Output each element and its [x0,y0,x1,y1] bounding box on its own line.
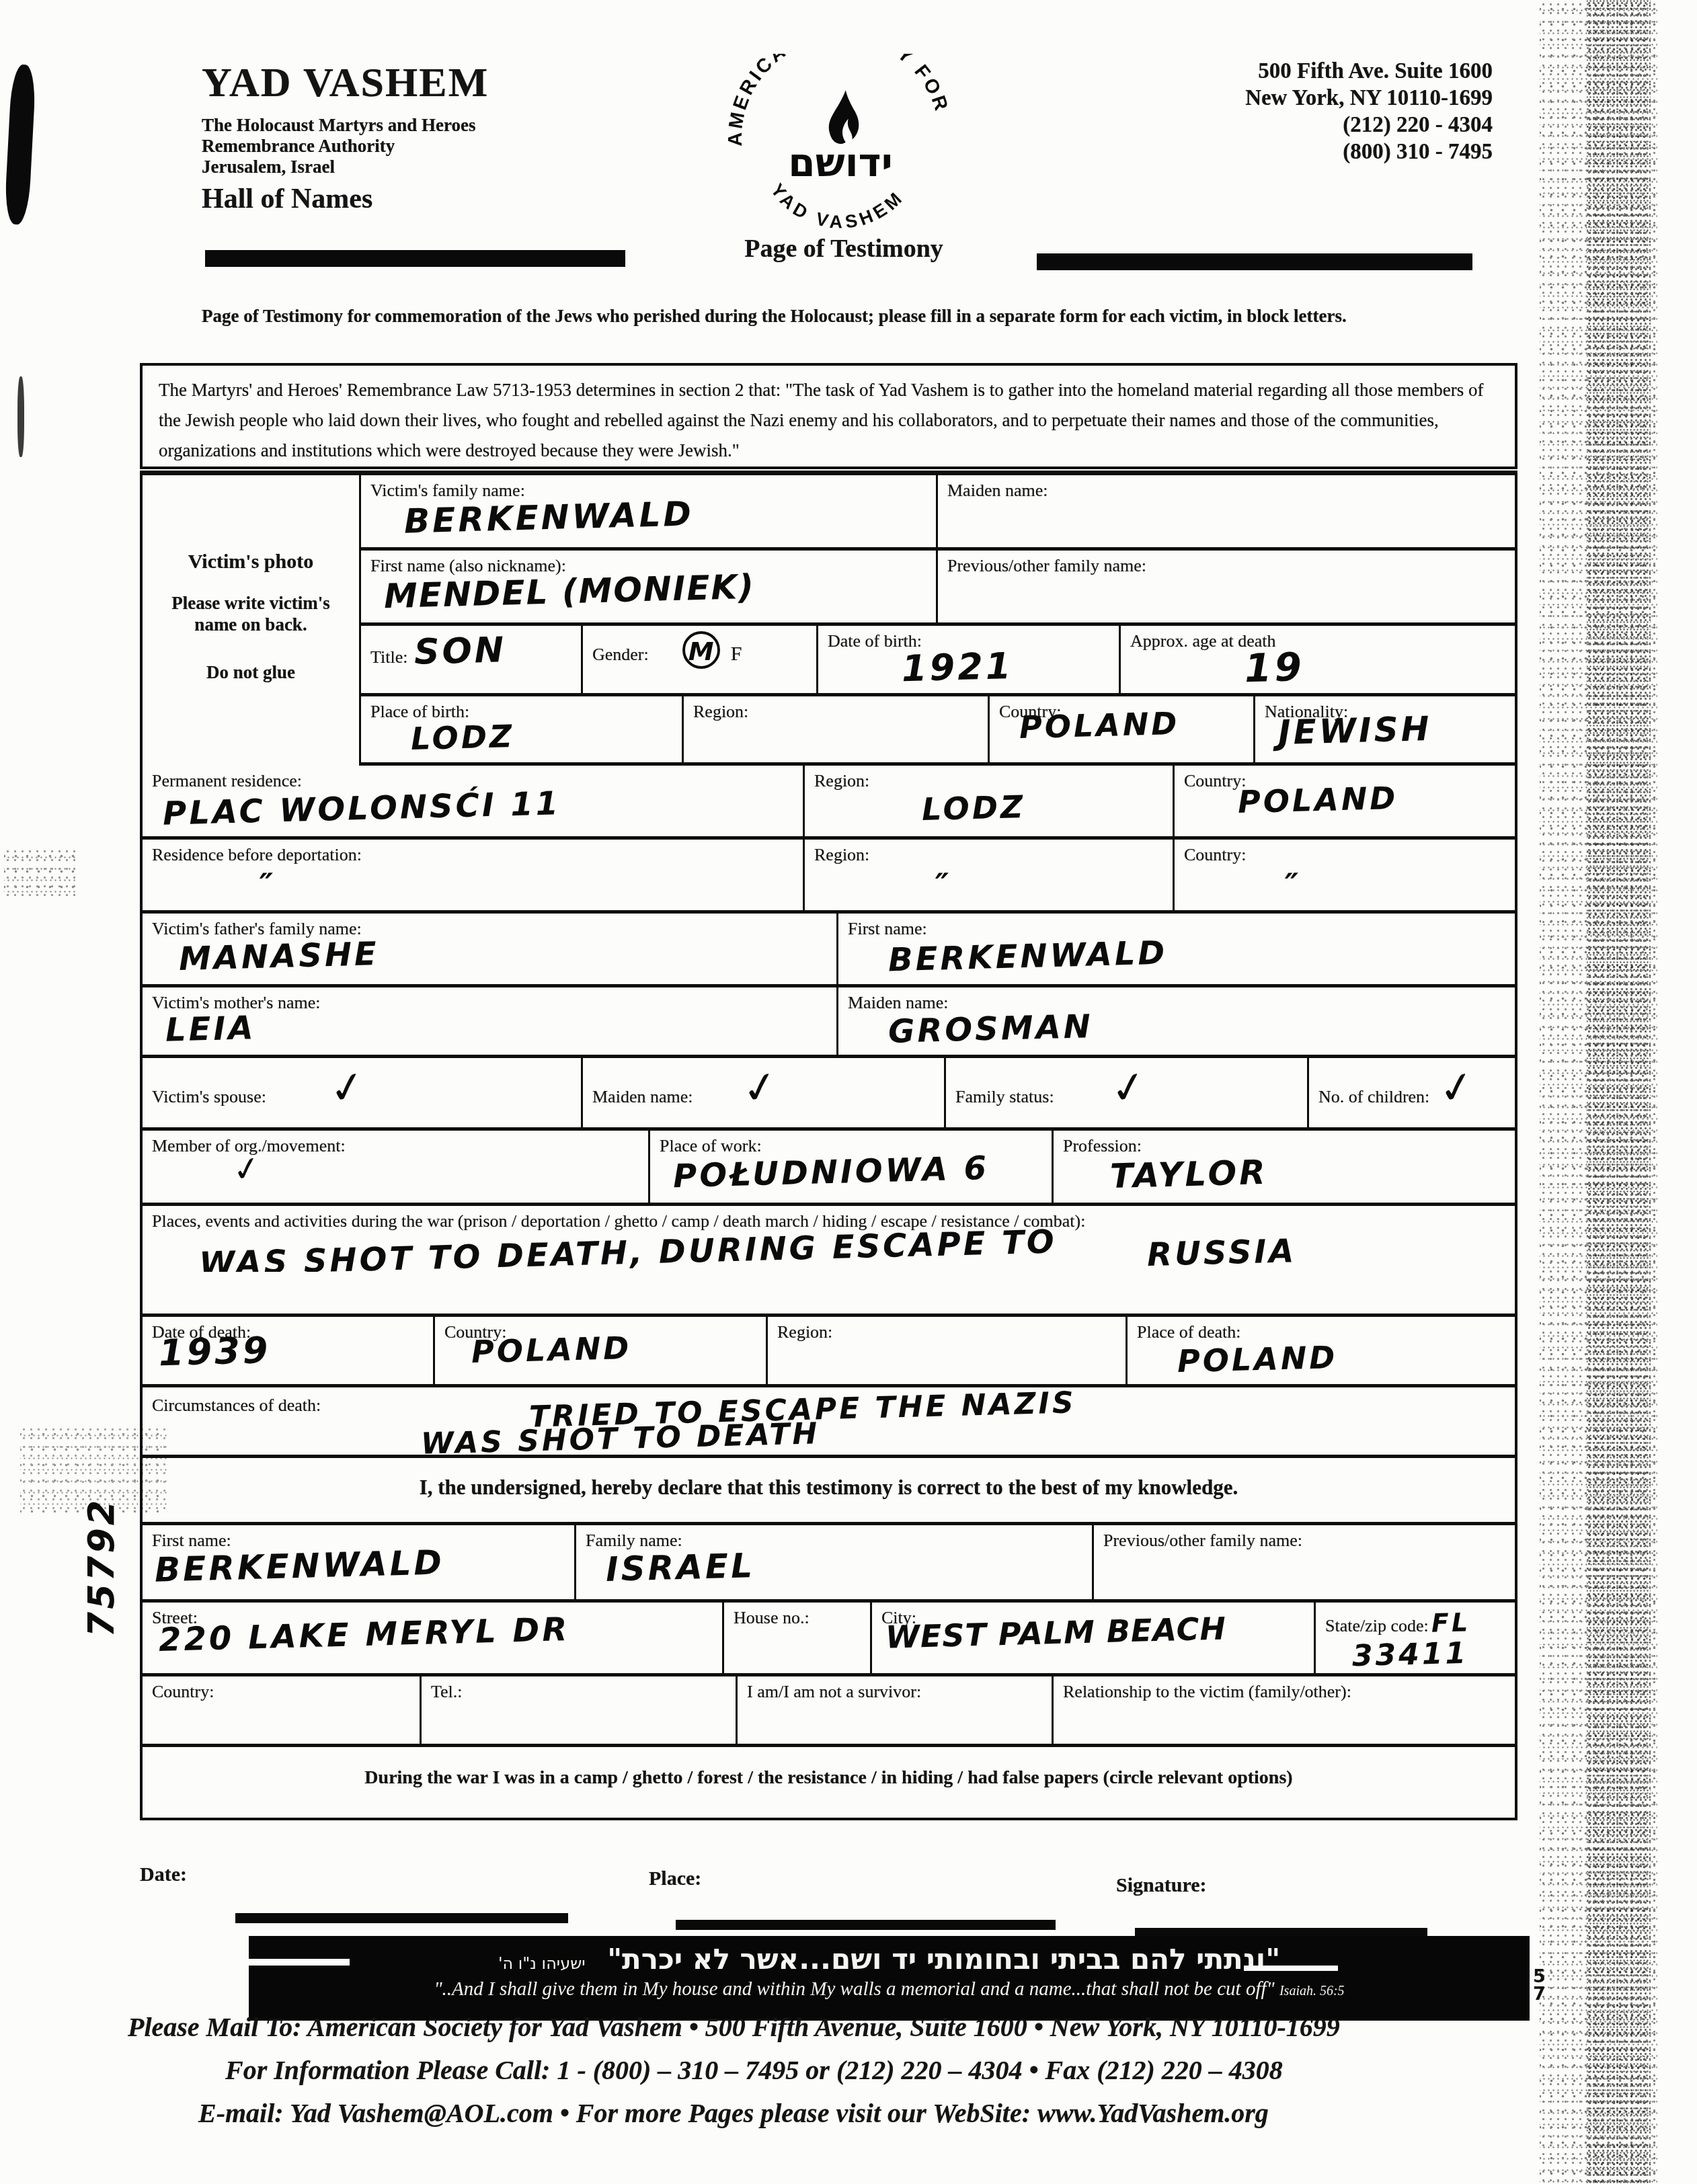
field-perm-country: Country: POLAND [1173,766,1515,836]
family-status-label: Family status: [955,1087,1054,1106]
row-declaration: I, the undersigned, hereby declare that … [143,1458,1515,1525]
field-father-family-name: Victim's father's family name: MANASHE [143,914,836,984]
birth-region-label: Region: [693,702,981,722]
row-permanent-residence: Permanent residence: PLAC WOLONSĆI 11 Re… [143,766,1515,840]
victim-photo-box: Victim's photo Please write victim's nam… [143,475,361,766]
field-perm-region: Region: LODZ [803,766,1173,836]
num-children-label: No. of children: [1318,1087,1429,1106]
title-label: Title: [370,647,407,667]
banner-scan-dash-1 [249,1959,350,1966]
row-submitter-name: First name: BERKENWALD Family name: ISRA… [143,1525,1515,1603]
member-org-label: Member of org./movement: [152,1136,641,1156]
field-title: Title: SON [361,626,581,693]
field-victim-maiden-name: Maiden name: [936,475,1515,547]
date-label: Date: [140,1863,187,1886]
profession-value: TAYLOR [1109,1153,1268,1196]
row-spouse: Victim's spouse: ✓ Maiden name: ✓ Family… [143,1058,1515,1131]
banner-english-text: "..And I shall give them in My house and… [434,1978,1274,2000]
age-at-death-value: 19 [1244,644,1304,691]
mother-maiden-name-label: Maiden name: [848,993,1508,1013]
scripture-banner: "ונתתי להם בביתי ובחומותי יד ושם...אשר ל… [249,1936,1530,2021]
field-birth-region: Region: [682,696,988,762]
org-title: YAD VASHEM [202,59,672,107]
field-war-events: Places, events and activities during the… [143,1206,1515,1272]
signature-label: Signature: [1116,1874,1206,1897]
address-phone-2: (800) 310 - 7495 [1076,138,1493,165]
field-nationality: Nationality: JEWISH [1253,696,1515,762]
row-death: Date of death: 1939 Country: POLAND Regi… [143,1317,1515,1387]
spouse-maiden-label: Maiden name: [592,1087,693,1106]
header-address-block: 500 Fifth Ave. Suite 1600 New York, NY 1… [1076,58,1493,165]
row-residence-before-deportation: Residence before deportation: ″ Region: … [143,840,1515,914]
mother-maiden-name-value: GROSMAN [887,1008,1093,1051]
field-date-of-death: Date of death: 1939 [143,1317,433,1384]
family-status-checkmark: ✓ [1107,1061,1151,1116]
gender-female-option: F [731,643,742,665]
field-place-of-death: Place of death: POLAND [1126,1317,1515,1384]
age-at-death-label: Approx. age at death [1130,631,1508,651]
banner-english-source: Isaiah. 56:5 [1279,1984,1345,1998]
father-family-name-value: MANASHE [178,935,379,978]
state-zip-zip-value: 33411 [1351,1636,1468,1673]
victim-family-name-value: BERKENWALD [403,494,694,540]
field-relationship: Relationship to the victim (family/other… [1052,1676,1515,1744]
org-subtitle-1: The Holocaust Martyrs and Heroes [202,115,672,136]
footer-email-line: E-mail: Yad Vashem@AOL.com • For more Pa… [198,2097,1269,2129]
row-circumstances: Circumstances of death: TRIED TO ESCAPE … [143,1387,1515,1458]
field-date-of-birth: Date of birth: 1921 [816,626,1119,693]
field-tel: Tel.: [420,1676,736,1744]
spouse-label: Victim's spouse: [152,1087,266,1106]
declaration-text: I, the undersigned, hereby declare that … [143,1458,1515,1500]
victim-maiden-name-label: Maiden name: [947,481,1508,501]
gender-label: Gender: [592,645,649,664]
circumstances-label: Circumstances of death: [152,1396,321,1416]
state-zip-label: State/zip code: [1325,1616,1429,1635]
field-victim-prev-family-name: Previous/other family name: [936,551,1515,622]
archive-number-handwritten: 75792 [80,1450,122,1685]
field-dep-country: Country: ″ [1173,840,1515,910]
row-father: Victim's father's family name: MANASHE F… [143,914,1515,987]
date-underline [235,1913,568,1923]
submitter-family-name-value: ISRAEL [605,1546,755,1589]
residence-before-deportation-value: ″ [259,866,276,903]
field-place-of-work: Place of work: POŁUDNIOWA 6 [648,1131,1052,1203]
during-war-text: During the war I was in a camp / ghetto … [143,1747,1515,1789]
row-war-events: Places, events and activities during the… [143,1206,1515,1317]
field-street: Street: 220 LAKE MERYL DR [143,1603,722,1673]
scan-streak-top-left [4,64,36,225]
field-death-region: Region: [766,1317,1126,1384]
title-value: SON [414,630,508,673]
page-of-testimony-label: Page of Testimony [716,234,972,264]
war-events-line2: RUSSIA [1146,1232,1297,1272]
gender-male-circled: M [682,631,720,669]
page-of-testimony-scan: YAD VASHEM The Holocaust Martyrs and Her… [0,0,1697,2184]
submitter-country-label: Country: [152,1682,413,1702]
org-hall-of-names: Hall of Names [202,183,672,215]
law-text: The Martyrs' and Heroes' Remembrance Law… [159,380,1483,460]
submitter-first-name-value: BERKENWALD [154,1543,444,1589]
permanent-residence-value: PLAC WOLONSĆI 11 [162,784,561,832]
victim-prev-family-name-label: Previous/other family name: [947,556,1508,576]
date-of-birth-value: 1921 [901,645,1014,690]
place-of-death-value: POLAND [1177,1339,1338,1379]
page-mark-bottom: 7 [1533,1986,1546,2003]
death-region-label: Region: [777,1322,1119,1342]
dep-region-label: Region: [814,845,1166,865]
row-family-name: Victim's family name: BERKENWALD Maiden … [361,475,1515,551]
address-phone-1: (212) 220 - 4304 [1076,112,1493,138]
banner-hebrew-source: ישעיהו נ"ו ה' [498,1954,586,1973]
american-society-seal: AMERICAN SOCIETY FOR YAD VASHEM ידושם [709,54,972,249]
nationality-value: JEWISH [1277,709,1432,752]
row-mother: Victim's mother's name: LEIA Maiden name… [143,987,1515,1058]
num-children-checkmark: ✓ [1435,1061,1479,1116]
photo-box-note2: Do not glue [143,662,359,683]
field-submitter-prev-family: Previous/other family name: [1092,1525,1515,1599]
address-line-1: 500 Fifth Ave. Suite 1600 [1076,58,1493,85]
field-birth-country: Country: POLAND [988,696,1253,762]
field-residence-before-deportation: Residence before deportation: ″ [143,840,803,910]
intro-text: Page of Testimony for commemoration of t… [202,304,1446,329]
survivor-label: I am/I am not a survivor: [747,1682,1045,1702]
place-of-work-value: POŁUDNIOWA 6 [672,1149,989,1195]
photo-box-note1: Please write victim's name on back. [143,592,359,635]
footer-mail-line: Please Mail To: American Society for Yad… [128,2011,1340,2043]
flame-icon [829,90,859,144]
field-submitter-country: Country: [143,1676,420,1744]
field-family-status: Family status: ✓ [944,1058,1307,1127]
org-subtitle-3: Jerusalem, Israel [202,157,672,177]
state-zip-state-value: FL [1431,1607,1470,1638]
field-father-first-name: First name: BERKENWALD [836,914,1515,984]
perm-country-value: POLAND [1237,780,1398,820]
row-first-name: First name (also nickname): MENDEL (MONI… [361,551,1515,626]
death-country-value: POLAND [471,1330,632,1370]
father-first-name-label: First name: [848,919,1508,939]
field-submitter-family-name: Family name: ISRAEL [574,1525,1092,1599]
field-gender: Gender: M F [581,626,816,693]
address-line-2: New York, NY 10110-1699 [1076,85,1493,112]
circumstances-line2: WAS SHOT TO DEATH [420,1416,820,1456]
house-no-label: House no.: [734,1608,863,1628]
field-age-at-death: Approx. age at death 19 [1119,626,1515,693]
field-dep-region: Region: ″ [803,840,1173,910]
birth-country-value: POLAND [1019,705,1180,745]
photo-box-title: Victim's photo [143,551,359,573]
scan-noise-right-dark [1587,0,1651,2184]
testimony-form-table: Victim's photo Please write victim's nam… [140,471,1517,1820]
row-org-work-profession: Member of org./movement: ✓ Place of work… [143,1131,1515,1206]
field-city: City: WEST PALM BEACH [870,1603,1314,1673]
place-of-birth-value: LODZ [410,718,515,757]
seal-arc-bottom-text: YAD VASHEM [766,180,908,233]
field-victim-family-name: Victim's family name: BERKENWALD [361,475,936,547]
place-label: Place: [649,1867,701,1890]
field-member-org: Member of org./movement: ✓ [143,1131,648,1203]
spouse-maiden-checkmark: ✓ [738,1061,783,1116]
org-subtitle-2: Remembrance Authority [202,136,672,157]
field-death-country: Country: POLAND [433,1317,766,1384]
place-underline [676,1920,1056,1930]
row-birth-place: Place of birth: LODZ Region: Country: PO… [361,696,1515,766]
field-circumstances: Circumstances of death: TRIED TO ESCAPE … [143,1387,1515,1456]
field-mother-maiden-name: Maiden name: GROSMAN [836,987,1515,1055]
field-house-no: House no.: [722,1603,870,1673]
seal-hebrew-text: ידושם [788,140,892,186]
row-submitter-contact: Country: Tel.: I am/I am not a survivor:… [143,1676,1515,1747]
field-profession: Profession: TAYLOR [1052,1131,1515,1203]
banner-english-line: "..And I shall give them in My house and… [249,1978,1530,2000]
dep-country-label: Country: [1184,845,1508,865]
scan-streak-left [17,376,24,457]
seal-icon: AMERICAN SOCIETY FOR YAD VASHEM ידושם [709,54,972,249]
submitter-family-name-label: Family name: [586,1531,1085,1551]
field-mother-name: Victim's mother's name: LEIA [143,987,836,1055]
scan-dust-left [4,847,78,901]
header-rule-left [205,250,625,267]
mother-name-value: LEIA [165,1009,256,1049]
field-victim-first-name: First name (also nickname): MENDEL (MONI… [361,551,936,622]
perm-region-label: Region: [814,771,1166,791]
footer-phone-line: For Information Please Call: 1 - (800) –… [225,2054,1283,2086]
field-state-zip: State/zip code: FL 33411 [1314,1603,1515,1673]
father-family-name-label: Victim's father's family name: [152,919,830,939]
profession-label: Profession: [1063,1136,1508,1156]
field-submitter-first-name: First name: BERKENWALD [143,1525,574,1599]
residence-before-deportation-label: Residence before deportation: [152,845,796,865]
header-rule-right [1037,253,1472,270]
banner-scan-dash-2 [1244,1966,1338,1971]
row-submitter-address: Street: 220 LAKE MERYL DR House no.: Cit… [143,1603,1515,1676]
row-title-gender-dob-age: Title: SON Gender: M F Date of birth: 19… [361,626,1515,696]
page-mark: 5 7 [1533,1968,1546,2003]
field-spouse-maiden: Maiden name: ✓ [581,1058,944,1127]
father-first-name-value: BERKENWALD [887,934,1168,979]
field-place-of-birth: Place of birth: LODZ [361,696,682,762]
law-box: The Martyrs' and Heroes' Remembrance Law… [140,363,1517,469]
perm-region-value: LODZ [921,788,1026,827]
tel-label: Tel.: [431,1682,729,1702]
header-org-block: YAD VASHEM The Holocaust Martyrs and Her… [202,59,672,215]
field-permanent-residence: Permanent residence: PLAC WOLONSĆI 11 [143,766,803,836]
field-spouse: Victim's spouse: ✓ [143,1058,581,1127]
date-of-death-value: 1939 [158,1329,271,1374]
dep-country-value: ″ [1284,866,1302,903]
spouse-checkmark: ✓ [325,1061,370,1116]
banner-hebrew-text: "ונתתי להם בביתי ובחומותי יד ושם...אשר ל… [607,1943,1280,1976]
place-of-birth-label: Place of birth: [370,702,675,722]
field-survivor: I am/I am not a survivor: [736,1676,1052,1744]
submitter-prev-family-label: Previous/other family name: [1103,1531,1508,1551]
dep-region-value: ″ [935,866,952,903]
relationship-label: Relationship to the victim (family/other… [1063,1682,1508,1702]
row-during-war: During the war I was in a camp / ghetto … [143,1747,1515,1818]
field-num-children: No. of children: ✓ [1307,1058,1515,1127]
svg-text:YAD VASHEM: YAD VASHEM [766,180,908,233]
